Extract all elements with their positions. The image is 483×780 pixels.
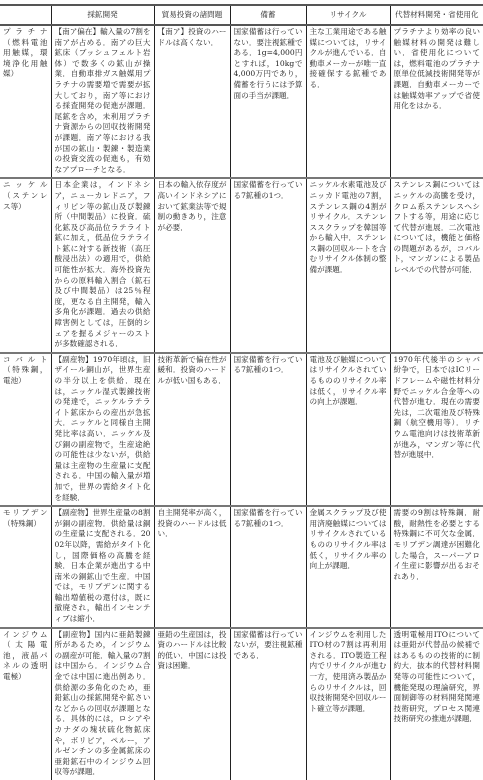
cell-recycle: 主な工業用途である触媒については，リサイクルが進んでいる．自動車メーカーが唯一直… [306, 25, 390, 178]
header-recycle: リサイクル [306, 5, 390, 25]
table-row-platinum: プラチナ（燃料電池用触媒，環境浄化用触媒） 【南ア偏在】輸入量の7割を南アが占め… [0, 25, 483, 178]
cell-mineral: モリブデン（特殊鋼） [0, 506, 51, 604]
cell-trade: 自主開発率が高く，投資のハードルは低い． [154, 506, 230, 604]
cell-recycle: 電池及び触媒についてはリサイクルされているもののリサイクル率は低く，リサイクル率… [306, 353, 390, 506]
header-row: 採鉱開発 貿易投資の諸問題 備蓄 リサイクル 代替材料開発・省使用化 [0, 5, 483, 25]
cell-stockpile: 国家備蓄を行っている7鉱種の1つ． [230, 353, 306, 506]
cell-mining: 日本企業は，インドネシア，ニューカレドニア，フィリピン等の鉱山及び製錬所（中間製… [51, 178, 154, 353]
cell-mineral: プラチナ（燃料電池用触媒，環境浄化用触媒） [0, 25, 51, 178]
header-trade-investment: 貿易投資の諸問題 [154, 5, 230, 25]
cell-mining: 【副産物】世界生産量の8割が銅の副産物．供給量は銅の生産量に支配される．2002… [51, 506, 154, 604]
cell-trade: 日本の輸入依存度が高いインドネシアにおいて鉱業法等で規制の動きあり，注意が必要． [154, 178, 230, 353]
table-row-nickel: ニッケル（ステンレス等） 日本企業は，インドネシア，ニューカレドニア，フィリピン… [0, 178, 483, 353]
header-mineral [0, 5, 51, 25]
header-mining-development: 採鉱開発 [51, 5, 154, 25]
cell-mining: 【南ア偏在】輸入量の7割を南アが占める．南アの巨大鉱床（ブッシュフェルト岩体）で… [51, 25, 154, 178]
header-substitute: 代替材料開発・省使用化 [390, 5, 483, 25]
cell-substitute: ステンレス鋼についてはニッケルの高騰を受け，クロム系ステンレスへシフトする等，用… [390, 178, 483, 353]
cell-substitute: 1970年代後半のシャバ紛争で，日本ではICリードフレームや磁性材料分野でニッケ… [390, 353, 483, 506]
cell-mineral: ニッケル（ステンレス等） [0, 178, 51, 353]
cell-recycle: ニッケル水素電池及びニッカド電池の7割，ステンレス鋼の4割がリサイクル．ステンレ… [306, 178, 390, 353]
header-stockpile: 備蓄 [230, 5, 306, 25]
cell-mining: 【副産物】1970年頃は，旧ザイール銅山が，世界生産の半分以上を供給．現在は，ニ… [51, 353, 154, 506]
table-row-cobalt: コバルト（特殊鋼，電池） 【副産物】1970年頃は，旧ザイール銅山が，世界生産の… [0, 353, 483, 506]
table-row-molybdenum: モリブデン（特殊鋼） 【副産物】世界生産量の8割が銅の副産物．供給量は銅の生産量… [0, 506, 483, 604]
cell-mineral: コバルト（特殊鋼，電池） [0, 353, 51, 506]
cell-stockpile: 国家備蓄を行っている7鉱種の1つ． [230, 178, 306, 353]
cell-substitute: 需要の9割は特殊鋼．耐酸，耐熱性を必要とする特殊鋼に不可欠な金属．モリブデン調達… [390, 506, 483, 604]
minerals-policy-table: 採鉱開発 貿易投資の諸問題 備蓄 リサイクル 代替材料開発・省使用化 プラチナ（… [0, 4, 483, 604]
cell-stockpile: 国家備蓄は行っていない．要注視鉱種である．1g=4,000円とすれば，10kgで… [230, 25, 306, 178]
cell-trade: 技術革新で偏在性が緩和．投資のハードルが低い国もある． [154, 353, 230, 506]
cell-trade: 【南ア】投資のハードルは高くない． [154, 25, 230, 178]
cell-recycle: 金属スクラップ及び使用済廃触媒についてはリサイクルされているもののリサイクル率は… [306, 506, 390, 604]
cell-stockpile: 国家備蓄を行っている7鉱種の1つ． [230, 506, 306, 604]
cell-substitute: プラチナより効率の良い触媒材料の開発は難しい．省使用化については，燃料電池のプラ… [390, 25, 483, 178]
